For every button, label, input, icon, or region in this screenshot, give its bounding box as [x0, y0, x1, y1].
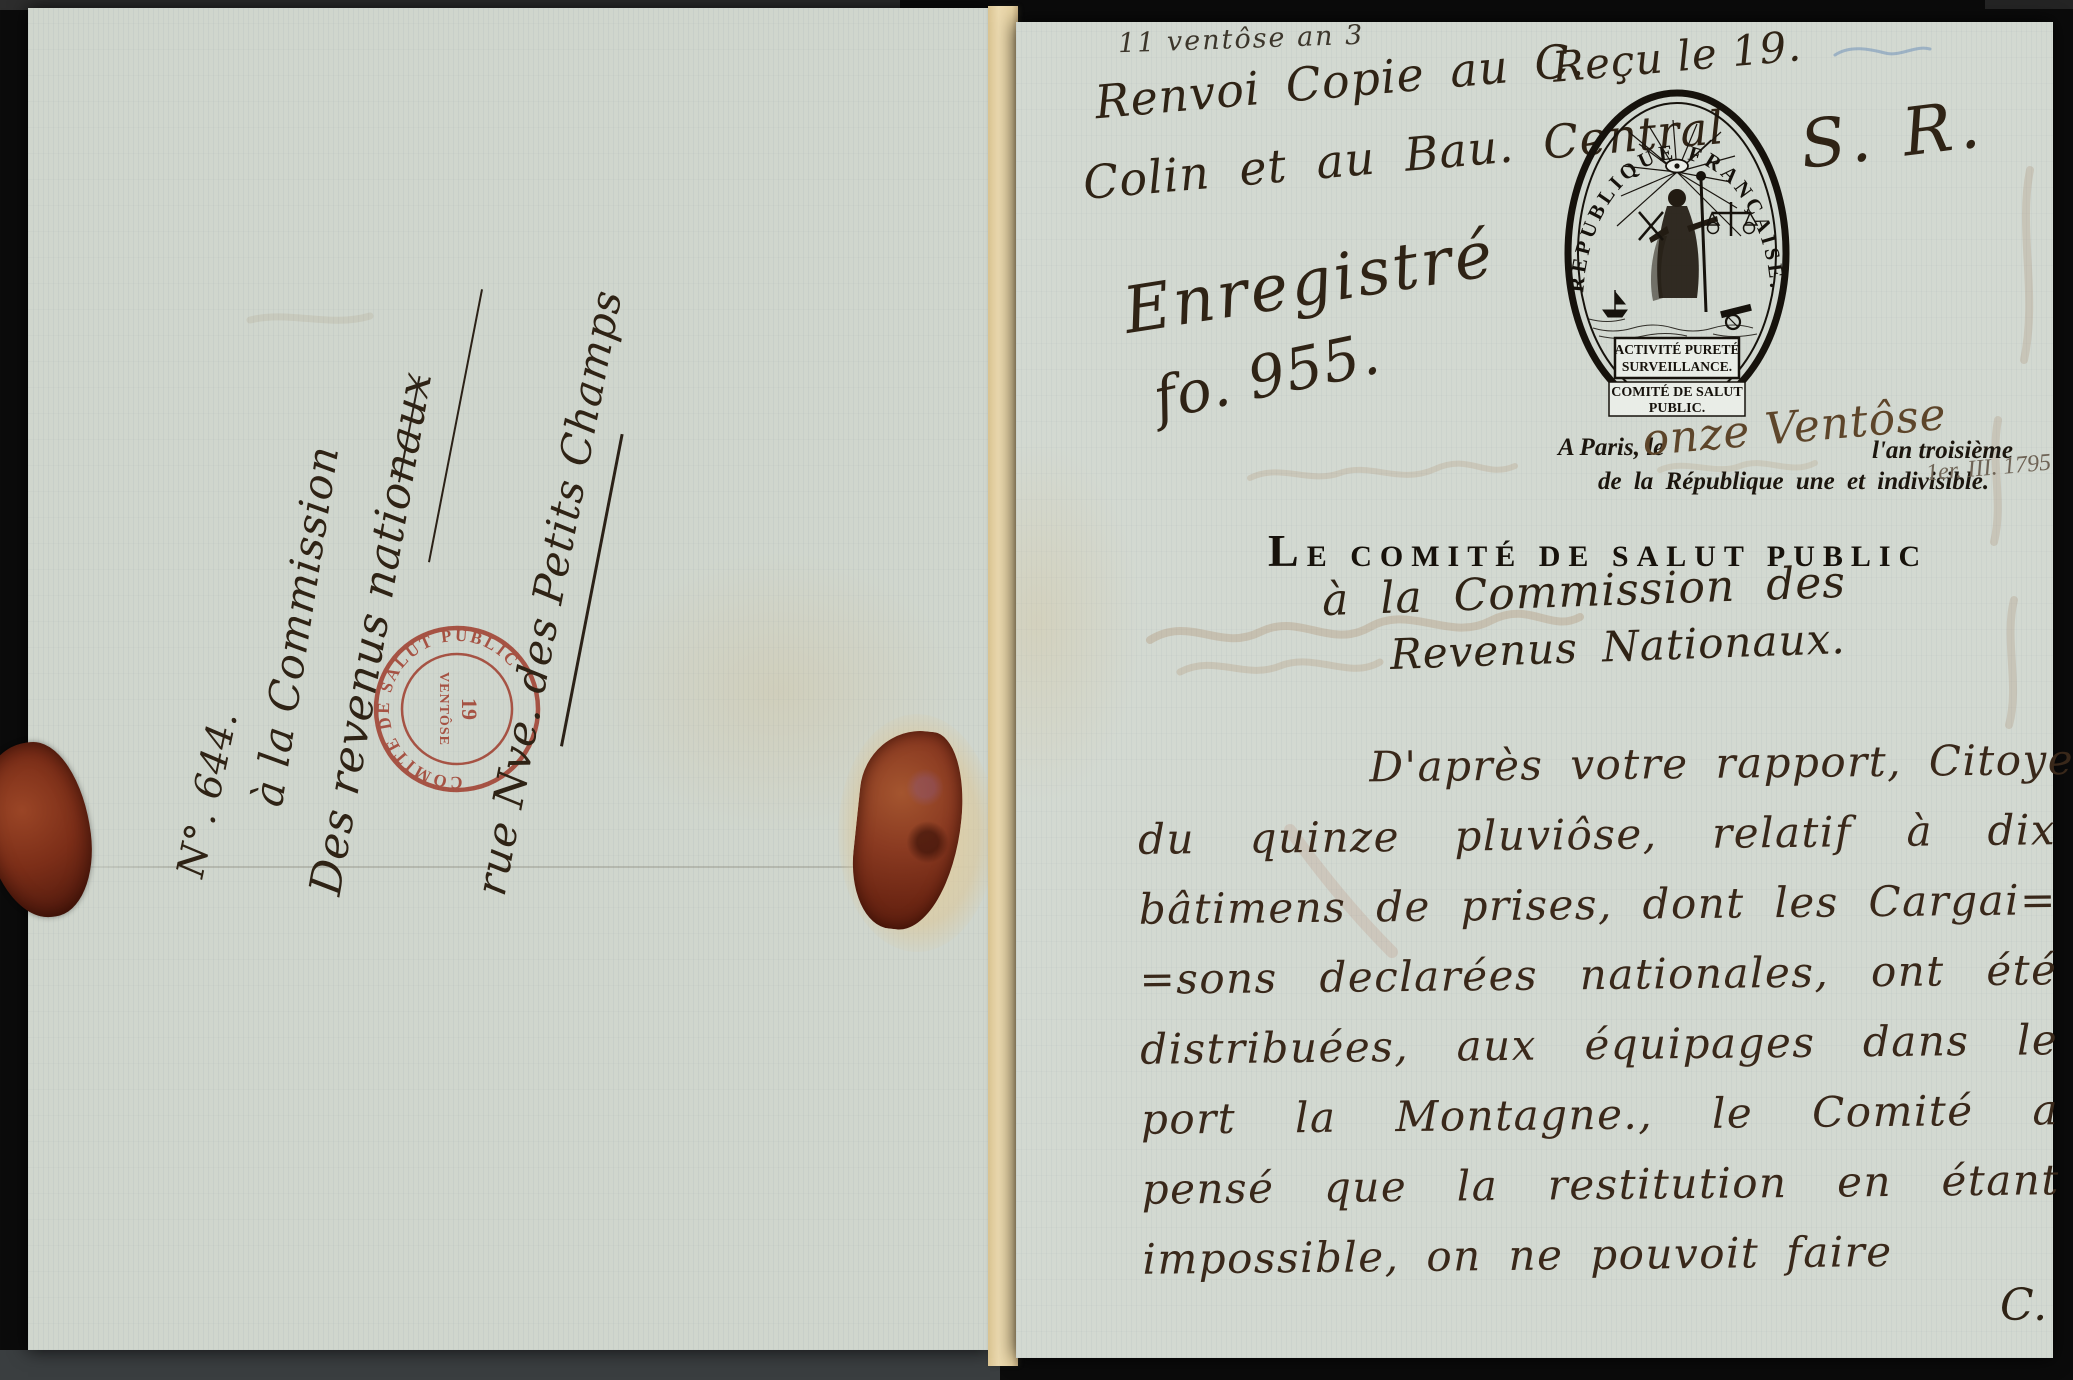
emblem-saltire [1639, 212, 1663, 240]
svg-text:SURVEILLANCE.: SURVEILLANCE. [1622, 359, 1732, 374]
committee-emblem: RÉPUBLIQUE FRANÇAISE. [1563, 86, 1791, 420]
emblem-motto-banner: ACTIVITÉ PURETÉ SURVEILLANCE. [1615, 338, 1740, 378]
fold-strip [988, 6, 1018, 1366]
emblem-figure [1649, 189, 1718, 301]
letter-photograph: COMITÉ DE SALUT PUBLIC 19 VENTÔSE N°. 64… [0, 0, 2073, 1380]
body-line: =sons declarées nationales, ont été [1139, 945, 2058, 1025]
body-line: du quinze pluviôse, relatif à dix [1138, 805, 2057, 885]
body-paragraph: D'après votre rapport, Citoyens, du quin… [1137, 735, 2061, 1305]
emblem-eye-icon [1666, 160, 1688, 173]
body-line: distribuées, aux équipages dans le [1140, 1015, 2059, 1095]
body-line: bâtimens de prises, dont les Cargai= [1139, 875, 2058, 955]
stamp-month: VENTÔSE [436, 672, 453, 746]
photo-border [1985, 0, 2073, 9]
body-line: pensé que la restitution en étant [1141, 1155, 2060, 1235]
body-line: impossible, on ne pouvoit faire [1142, 1225, 2061, 1305]
page-mark: C. [2000, 1280, 2048, 1331]
svg-text:ACTIVITÉ PURETÉ: ACTIVITÉ PURETÉ [1615, 342, 1740, 357]
body-line: port la Montagne., le Comité a [1141, 1085, 2060, 1165]
emblem-ship-icon [1603, 290, 1627, 317]
svg-text:COMITÉ DE SALUT: COMITÉ DE SALUT [1611, 383, 1743, 400]
photo-border [0, 1350, 1000, 1380]
stamp-day: 19 [457, 698, 482, 720]
body-line: D'après votre rapport, Citoyens, [1137, 735, 2056, 815]
